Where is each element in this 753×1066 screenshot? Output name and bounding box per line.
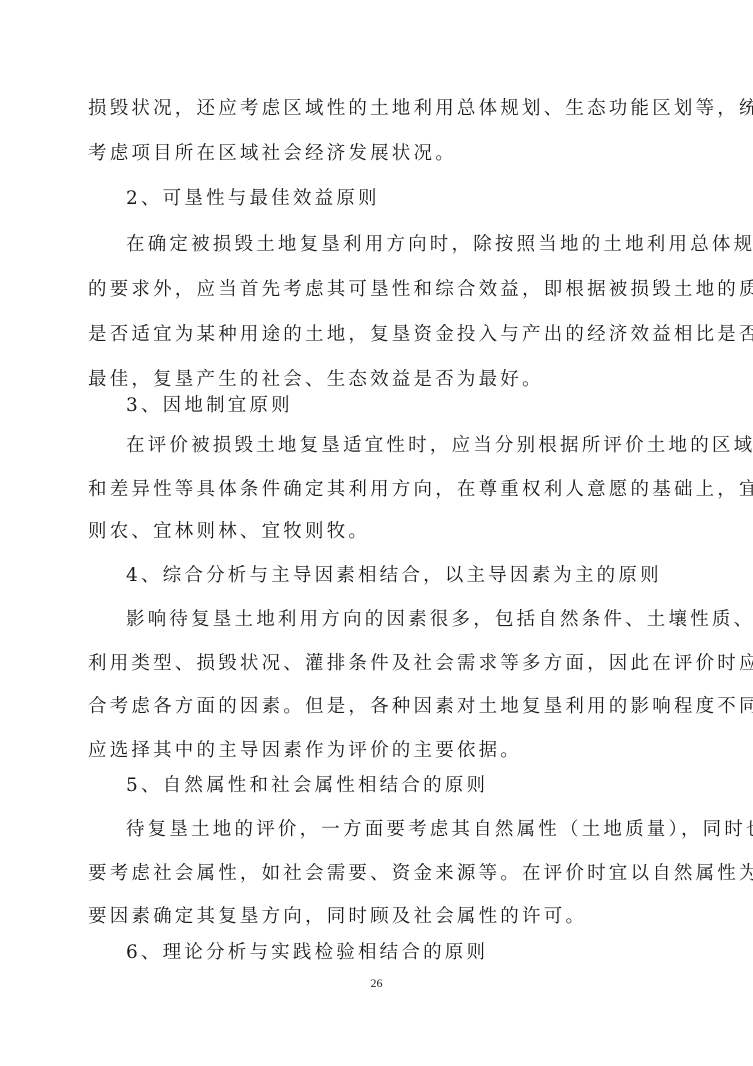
body-line: 则农、宜林则林、宜牧则牧。: [88, 520, 668, 544]
body-line: 的要求外，应当首先考虑其可垦性和综合效益，即根据被损毁土地的质量: [88, 278, 668, 302]
body-line: 考虑项目所在区域社会经济发展状况。: [88, 142, 668, 166]
document-page: 损毁状况，还应考虑区域性的土地利用总体规划、生态功能区划等，统筹 考虑项目所在区…: [0, 0, 753, 1066]
body-line: 损毁状况，还应考虑区域性的土地利用总体规划、生态功能区划等，统筹: [88, 97, 668, 121]
body-line: 最佳，复垦产生的社会、生态效益是否为最好。: [88, 368, 668, 392]
section-heading: 5、自然属性和社会属性相结合的原则: [126, 774, 706, 798]
section-heading: 2、可垦性与最佳效益原则: [126, 187, 706, 211]
body-line: 和差异性等具体条件确定其利用方向，在尊重权利人意愿的基础上，宜农: [88, 478, 668, 502]
body-line: 影响待复垦土地利用方向的因素很多，包括自然条件、土壤性质、原: [126, 608, 706, 632]
body-line: 待复垦土地的评价，一方面要考虑其自然属性（土地质量），同时也: [126, 818, 706, 842]
body-line: 在评价被损毁土地复垦适宜性时，应当分别根据所评价土地的区域性: [126, 434, 706, 458]
body-line: 应选择其中的主导因素作为评价的主要依据。: [88, 739, 668, 763]
body-line: 合考虑各方面的因素。但是，各种因素对土地复垦利用的影响程度不同，: [88, 695, 668, 719]
section-heading: 6、理论分析与实践检验相结合的原则: [126, 941, 706, 965]
section-heading: 3、因地制宜原则: [126, 394, 706, 418]
body-line: 利用类型、损毁状况、灌排条件及社会需求等多方面，因此在评价时应综: [88, 652, 668, 676]
section-heading: 4、综合分析与主导因素相结合，以主导因素为主的原则: [126, 564, 706, 588]
body-line: 要考虑社会属性，如社会需要、资金来源等。在评价时宜以自然属性为主: [88, 862, 668, 886]
body-line: 在确定被损毁土地复垦利用方向时，除按照当地的土地利用总体规划: [126, 233, 706, 257]
page-number: 26: [0, 976, 753, 991]
body-line: 要因素确定其复垦方向，同时顾及社会属性的许可。: [88, 905, 668, 929]
body-line: 是否适宜为某种用途的土地，复垦资金投入与产出的经济效益相比是否为: [88, 323, 668, 347]
